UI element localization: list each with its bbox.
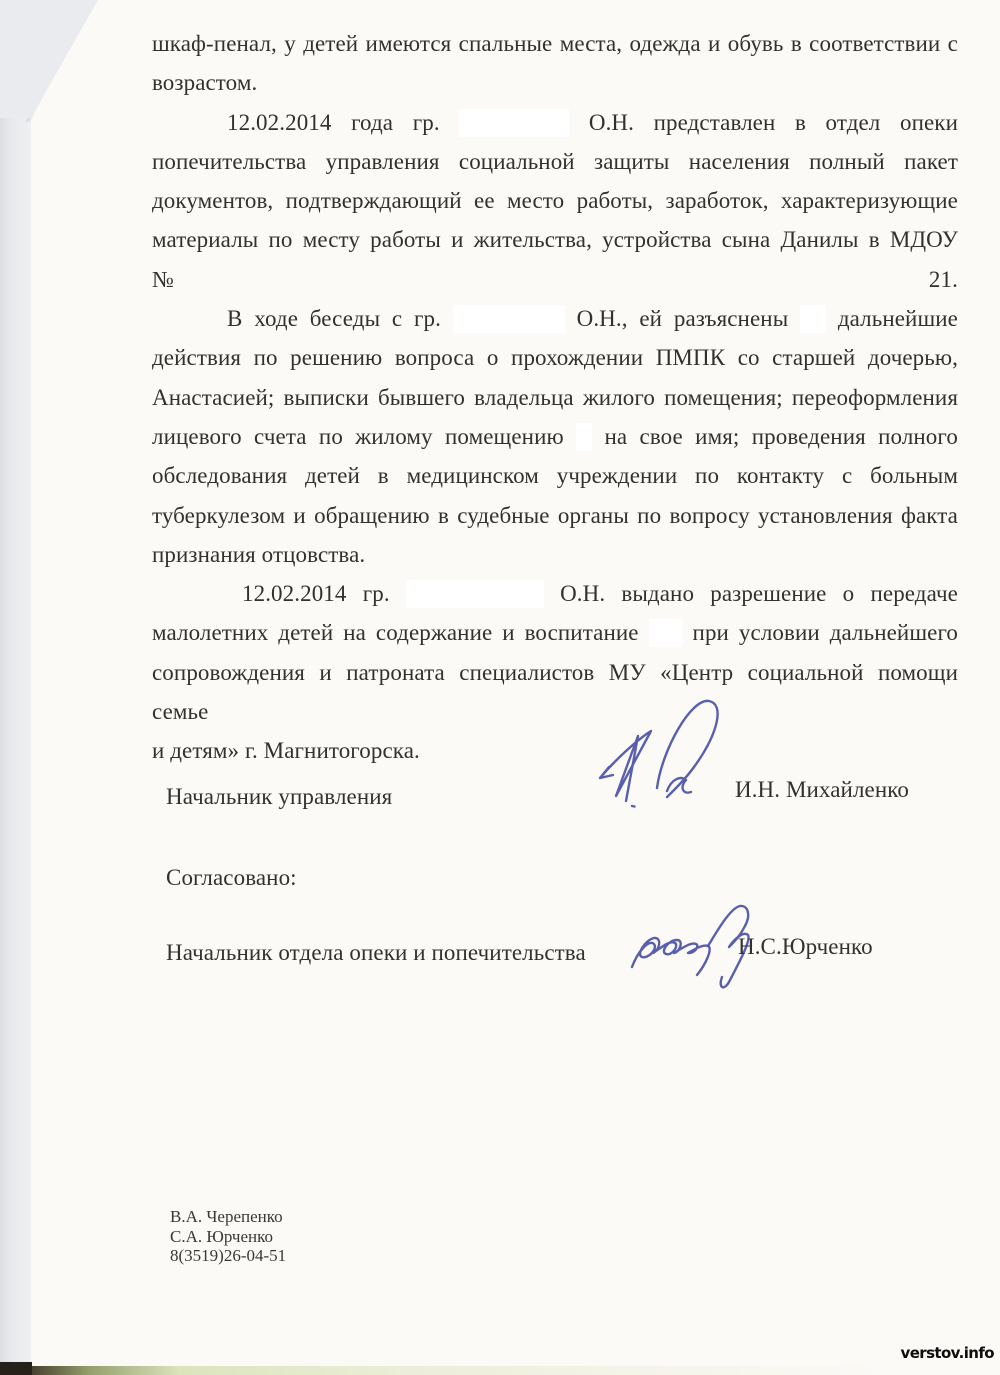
text-run: материалы по месту работы и жительства, … (152, 227, 958, 291)
document-body: шкаф-пенал, у детей имеются спальные мес… (152, 24, 958, 771)
text-run: признания отцовства. (152, 542, 365, 567)
text-run: лицевого счета по жилому помещению (152, 424, 564, 449)
document-line: туберкулезом и обращению в судебные орга… (152, 496, 958, 535)
scanner-left-margin (0, 0, 31, 1375)
redacted-name-area (459, 109, 569, 137)
document-line: и детям» г. Магнитогорска. (152, 731, 958, 770)
text-run: О.Н. представлен в отдел опеки (589, 110, 958, 135)
document-line: шкаф-пенал, у детей имеются спальные мес… (152, 24, 958, 63)
text-run: В ходе беседы с гр. (227, 306, 441, 331)
text-run: сопровождения и патроната специалистов М… (152, 660, 958, 724)
role-guardianship-label: Начальник отдела опеки и попечительства (166, 940, 586, 966)
text-run: малолетних детей на содержание и воспита… (152, 620, 639, 645)
text-run: дальнейшие (838, 306, 958, 331)
text-run: О.Н., ей разъяснены (577, 306, 789, 331)
text-run: на свое имя; проведения полного (604, 424, 958, 449)
scan-bottom-edge (0, 1366, 1000, 1375)
head-signature-ink (575, 688, 735, 820)
footer-phone: 8(3519)26-04-51 (170, 1246, 286, 1266)
footer-contacts: В.А. Черепенко С.А. Юрченко 8(3519)26-04… (170, 1207, 286, 1266)
text-run: обследования детей в медицинском учрежде… (152, 463, 958, 488)
document-line: материалы по месту работы и жительства, … (152, 220, 958, 299)
text-run: Анастасией; выписки бывшего владельца жи… (152, 385, 958, 410)
redacted-name-area (453, 305, 565, 333)
footer-contact-1: В.А. Черепенко (170, 1207, 286, 1227)
document-line: лицевого счета по жилому помещению на св… (152, 417, 958, 456)
text-run: действия по решению вопроса о прохождени… (152, 345, 958, 370)
head-signature-name: И.Н. Михайленко (735, 777, 909, 803)
scan-bottom-edge-dark (0, 1362, 32, 1375)
document-line: признания отцовства. (152, 535, 958, 574)
text-run: О.Н. выдано разрешение о передаче (560, 581, 958, 606)
document-line: документов, подтверждающий ее место рабо… (152, 181, 958, 220)
text-run: документов, подтверждающий ее место рабо… (152, 188, 958, 213)
text-run: шкаф-пенал, у детей имеются спальные мес… (152, 31, 958, 56)
redacted-name-area (406, 580, 544, 608)
footer-contact-2: С.А. Юрченко (170, 1227, 286, 1247)
document-line: обследования детей в медицинском учрежде… (152, 456, 958, 495)
text-run: туберкулезом и обращению в судебные орга… (152, 503, 958, 528)
text-run: 12.02.2014 гр. (242, 581, 390, 606)
document-line: действия по решению вопроса о прохождени… (152, 338, 958, 377)
document-line: сопровождения и патроната специалистов М… (152, 653, 958, 732)
text-run: возрастом. (152, 70, 257, 95)
text-run: попечительства управления социальной защ… (152, 149, 958, 174)
watermark: verstov.info (901, 1344, 994, 1362)
agreed-label: Согласовано: (166, 865, 297, 891)
text-run: и детям» г. Магнитогорска. (152, 738, 420, 763)
document-line: 12.02.2014 года гр. О.Н. представлен в о… (152, 103, 958, 142)
role-head-label: Начальник управления (166, 784, 392, 810)
scanned-document-page: { "colors": { "ink_blue": "#4b51a8", "wa… (0, 0, 1000, 1375)
document-line: В ходе беседы с гр. О.Н., ей разъяснены … (152, 299, 958, 338)
redacted-name-area (576, 423, 592, 451)
document-line: 12.02.2014 гр. О.Н. выдано разрешение о … (152, 574, 958, 613)
text-run: при условии дальнейшего (693, 620, 958, 645)
redacted-name-area (800, 305, 826, 333)
redacted-name-area (649, 619, 683, 647)
document-line: возрастом. (152, 63, 958, 102)
guardianship-signature-name: Н.С.Юрченко (738, 934, 873, 960)
document-line: малолетних детей на содержание и воспита… (152, 613, 958, 652)
document-line: Анастасией; выписки бывшего владельца жи… (152, 378, 958, 417)
text-run: 12.02.2014 года гр. (227, 110, 440, 135)
document-line: попечительства управления социальной защ… (152, 142, 958, 181)
